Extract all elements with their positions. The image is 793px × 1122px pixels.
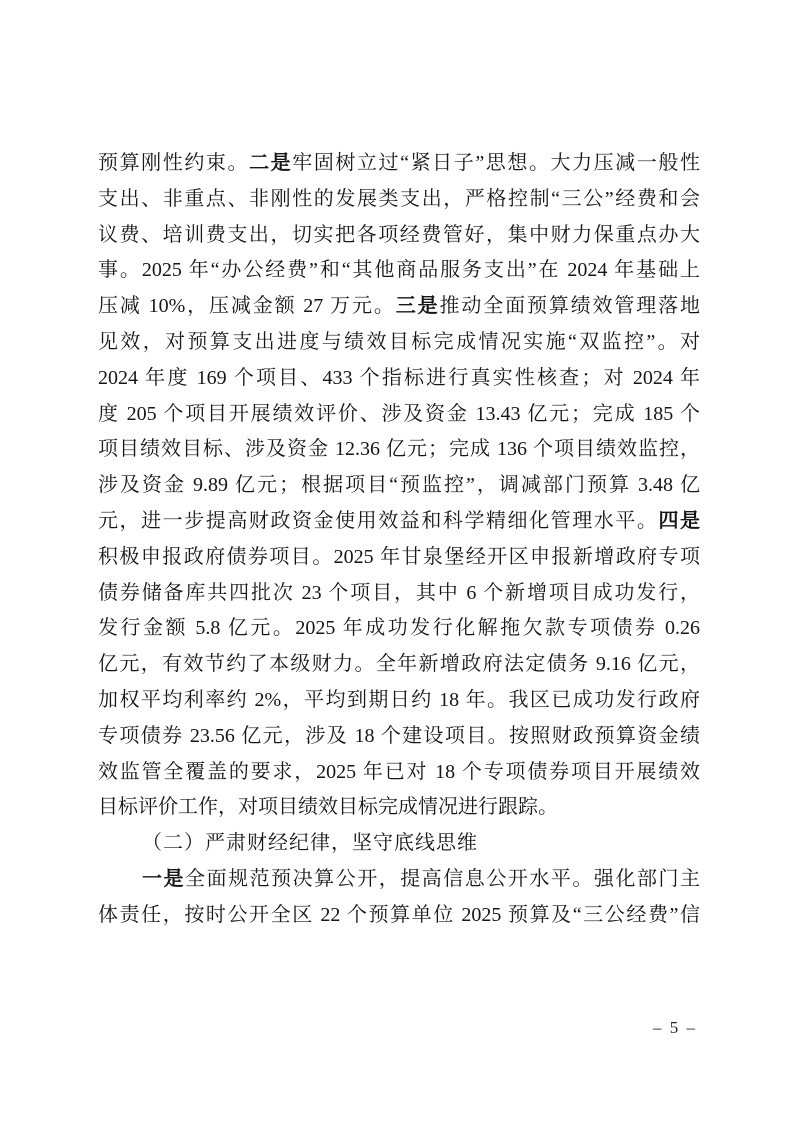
text-line: 目标评价工作，对项目绩效目标完成情况进行跟踪。 (98, 790, 700, 826)
text-run: 牢固树立过“紧日子”思想。大力压减一般性 (292, 152, 700, 174)
text-line: 2024 年度 169 个项目、433 个指标进行真实性核查；对 2024 年 (98, 361, 700, 397)
text-line: 效监管全覆盖的要求，2025 年已对 18 个专项债券项目开展绩效 (98, 755, 700, 791)
text-run: 元，进一步提高财政资金使用效益和科学精细化管理水平。 (98, 510, 658, 532)
text-run: 支出、非重点、非刚性的发展类支出，严格控制“三公”经费和会 (98, 188, 700, 210)
text-run: （二）严肃财经纪律，坚守底线思维 (142, 832, 478, 854)
text-run: 度 205 个项目开展绩效评价、涉及资金 13.43 亿元；完成 185 个 (98, 403, 700, 425)
text-line: 压减 10%，压减金额 27 万元。三是推动全面预算绩效管理落地 (98, 289, 700, 325)
emphasis-run: 二是 (249, 152, 292, 174)
emphasis-run: 一是 (142, 868, 185, 890)
text-line: 专项债券 23.56 亿元，涉及 18 个建设项目。按照财政预算资金绩 (98, 719, 700, 755)
text-run: 涉及资金 9.89 亿元；根据项目“预监控”，调减部门预算 3.48 亿 (98, 474, 700, 496)
document-body: 预算刚性约束。二是牢固树立过“紧日子”思想。大力压减一般性支出、非重点、非刚性的… (98, 146, 700, 934)
text-run: 议费、培训费支出，切实把各项经费管好，集中财力保重点办大 (98, 224, 700, 246)
document-page: 预算刚性约束。二是牢固树立过“紧日子”思想。大力压减一般性支出、非重点、非刚性的… (0, 0, 793, 1122)
text-line: 亿元，有效节约了本级财力。全年新增政府法定债务 9.16 亿元， (98, 647, 700, 683)
text-line: 度 205 个项目开展绩效评价、涉及资金 13.43 亿元；完成 185 个 (98, 397, 700, 433)
section-heading: （二）严肃财经纪律，坚守底线思维 (98, 826, 700, 862)
text-line: 积极申报政府债券项目。2025 年甘泉堡经开区申报新增政府专项 (98, 540, 700, 576)
text-run: 预算刚性约束。 (98, 152, 249, 174)
text-line: 发行金额 5.8 亿元。2025 年成功发行化解拖欠款专项债券 0.26 (98, 611, 700, 647)
text-line: 项目绩效目标、涉及资金 12.36 亿元；完成 136 个项目绩效监控， (98, 432, 700, 468)
text-run: 见效，对预算支出进度与绩效目标完成情况实施“双监控”。对 (98, 331, 700, 353)
text-line: 债券储备库共四批次 23 个项目，其中 6 个新增项目成功发行， (98, 576, 700, 612)
text-run: 专项债券 23.56 亿元，涉及 18 个建设项目。按照财政预算资金绩 (98, 725, 700, 747)
text-line: 预算刚性约束。二是牢固树立过“紧日子”思想。大力压减一般性 (98, 146, 700, 182)
text-run: 债券储备库共四批次 23 个项目，其中 6 个新增项目成功发行， (98, 582, 700, 604)
text-line: 事。2025 年“办公经费”和“其他商品服务支出”在 2024 年基础上 (98, 253, 700, 289)
text-run: 加权平均利率约 2%，平均到期日约 18 年。我区已成功发行政府 (98, 689, 700, 711)
text-run: 效监管全覆盖的要求，2025 年已对 18 个专项债券项目开展绩效 (98, 761, 700, 783)
emphasis-run: 四是 (658, 510, 700, 532)
text-run: 项目绩效目标、涉及资金 12.36 亿元；完成 136 个项目绩效监控， (98, 438, 700, 460)
text-line: 议费、培训费支出，切实把各项经费管好，集中财力保重点办大 (98, 218, 700, 254)
text-run: 事。2025 年“办公经费”和“其他商品服务支出”在 2024 年基础上 (98, 259, 700, 281)
text-line: 支出、非重点、非刚性的发展类支出，严格控制“三公”经费和会 (98, 182, 700, 218)
text-run: 体责任，按时公开全区 22 个预算单位 2025 预算及“三公经费”信 (98, 904, 700, 926)
text-run: 2024 年度 169 个项目、433 个指标进行真实性核查；对 2024 年 (98, 367, 700, 389)
text-run: 推动全面预算绩效管理落地 (440, 295, 701, 317)
page-number: – 5 – (645, 1016, 705, 1040)
text-line: 体责任，按时公开全区 22 个预算单位 2025 预算及“三公经费”信 (98, 898, 700, 934)
text-line: 涉及资金 9.89 亿元；根据项目“预监控”，调减部门预算 3.48 亿 (98, 468, 700, 504)
text-run: 积极申报政府债券项目。2025 年甘泉堡经开区申报新增政府专项 (98, 546, 700, 568)
text-run: 压减 10%，压减金额 27 万元。 (98, 295, 396, 317)
text-line: 元，进一步提高财政资金使用效益和科学精细化管理水平。四是 (98, 504, 700, 540)
text-run: 全面规范预决算公开，提高信息公开水平。强化部门主 (185, 868, 700, 890)
text-line: 见效，对预算支出进度与绩效目标完成情况实施“双监控”。对 (98, 325, 700, 361)
text-run: 亿元，有效节约了本级财力。全年新增政府法定债务 9.16 亿元， (98, 653, 700, 675)
text-line: 一是全面规范预决算公开，提高信息公开水平。强化部门主 (98, 862, 700, 898)
emphasis-run: 三是 (396, 295, 440, 317)
text-run: 发行金额 5.8 亿元。2025 年成功发行化解拖欠款专项债券 0.26 (98, 617, 700, 639)
text-run: 目标评价工作，对项目绩效目标完成情况进行跟踪。 (98, 796, 558, 818)
text-line: 加权平均利率约 2%，平均到期日约 18 年。我区已成功发行政府 (98, 683, 700, 719)
